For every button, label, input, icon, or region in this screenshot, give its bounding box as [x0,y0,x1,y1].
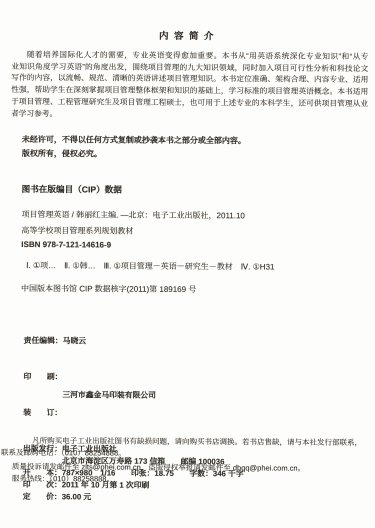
book-copyright-page: 内容简介 随着培养国际化人才的需要，专业英语变得愈加重要。本书从“用英语系统深化… [0,0,375,528]
service-hotline-line: 服务热线：（010）88258888。 [12,473,114,486]
scanned-sheet: 内容简介 随着培养国际化人才的需要，专业英语变得愈加重要。本书从“用英语系统深化… [0,0,375,528]
mail-order-phone-line: 联系及邮购电话：（010）88254888。 [1,447,126,460]
service-notes: 凡所购买电子工业出版社图书有缺损问题，请向购买书店调换。若书店售缺，请与本社发行… [0,0,375,528]
